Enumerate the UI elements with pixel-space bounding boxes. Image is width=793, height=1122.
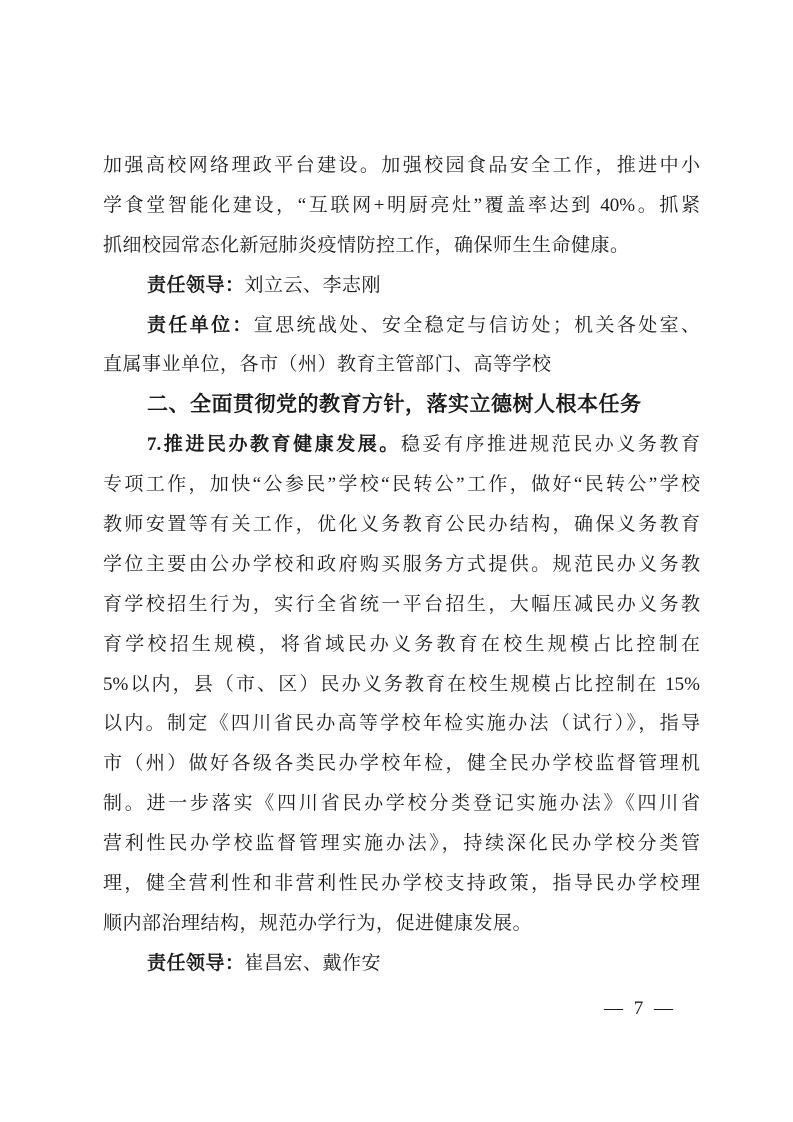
text-line: 营利性民办学校监督管理实施办法》，持续深化民办学校分类管 bbox=[103, 824, 700, 864]
body-text: 加强高校网络理政平台建设。加强校园食品安全工作，推进中小 bbox=[103, 155, 700, 176]
page-number: — 7 — bbox=[604, 997, 676, 1021]
emphasis-text: 责任领导： bbox=[147, 953, 245, 974]
text-line: 责任领导：崔昌宏、戴作安 bbox=[103, 944, 700, 984]
emphasis-text: 7.推进民办教育健康发展。 bbox=[147, 434, 401, 455]
body-text: 学食堂智能化建设，“互联网+明厨亮灶”覆盖率达到 40%。抓紧 bbox=[103, 195, 700, 216]
emphasis-text: 二、全面贯彻党的教育方针，落实立德树人根本任务 bbox=[147, 393, 642, 416]
text-line: 7.推进民办教育健康发展。稳妥有序推进规范民办义务教育 bbox=[103, 425, 700, 465]
body-text: 宣思统战处、安全稳定与信访处；机关各处室、 bbox=[254, 315, 700, 336]
document-body: 加强高校网络理政平台建设。加强校园食品安全工作，推进中小学食堂智能化建设，“互联… bbox=[103, 146, 700, 984]
body-text: 学位主要由公办学校和政府购买服务方式提供。规范民办义务教 bbox=[103, 554, 700, 575]
text-line: 抓细校园常态化新冠肺炎疫情防控工作，确保师生生命健康。 bbox=[103, 226, 700, 266]
text-line: 理，健全营利性和非营利性民办学校支持政策，指导民办学校理 bbox=[103, 864, 700, 904]
text-line: 教师安置等有关工作，优化义务教育公民办结构，确保义务教育 bbox=[103, 505, 700, 545]
section-heading: 二、全面贯彻党的教育方针，落实立德树人根本任务 bbox=[103, 385, 700, 425]
body-text: 崔昌宏、戴作安 bbox=[245, 953, 382, 974]
text-line: 以内。制定《四川省民办高等学校年检实施办法（试行）》，指导 bbox=[103, 704, 700, 744]
body-text: 专项工作，加快“公参民”学校“民转公”工作，做好“民转公”学校 bbox=[103, 474, 700, 495]
body-text: 顺内部治理结构，规范办学行为，促进健康发展。 bbox=[103, 913, 532, 934]
body-text: 以内。制定《四川省民办高等学校年检实施办法（试行）》，指导 bbox=[103, 713, 700, 734]
text-line: 直属事业单位，各市（州）教育主管部门、高等学校 bbox=[103, 345, 700, 385]
body-text: 直属事业单位，各市（州）教育主管部门、高等学校 bbox=[103, 354, 552, 375]
text-line: 5%以内，县（市、区）民办义务教育在校生规模占比控制在 15% bbox=[103, 665, 700, 705]
text-line: 育学校招生行为，实行全省统一平台招生，大幅压减民办义务教 bbox=[103, 585, 700, 625]
text-line: 学食堂智能化建设，“互联网+明厨亮灶”覆盖率达到 40%。抓紧 bbox=[103, 186, 700, 226]
text-line: 责任单位：宣思统战处、安全稳定与信访处；机关各处室、 bbox=[103, 306, 700, 346]
body-text: 稳妥有序推进规范民办义务教育 bbox=[401, 434, 700, 455]
body-text: 制。进一步落实《四川省民办学校分类登记实施办法》《四川省 bbox=[103, 793, 700, 814]
text-line: 加强高校网络理政平台建设。加强校园食品安全工作，推进中小 bbox=[103, 146, 700, 186]
body-text: 营利性民办学校监督管理实施办法》，持续深化民办学校分类管 bbox=[103, 833, 700, 854]
text-line: 专项工作，加快“公参民”学校“民转公”工作，做好“民转公”学校 bbox=[103, 465, 700, 505]
text-line: 责任领导：刘立云、李志刚 bbox=[103, 266, 700, 306]
body-text: 教师安置等有关工作，优化义务教育公民办结构，确保义务教育 bbox=[103, 514, 700, 535]
body-text: 育学校招生行为，实行全省统一平台招生，大幅压减民办义务教 bbox=[103, 594, 700, 615]
body-text: 育学校招生规模，将省域民办义务教育在校生规模占比控制在 bbox=[103, 634, 700, 655]
document-page: 加强高校网络理政平台建设。加强校园食品安全工作，推进中小学食堂智能化建设，“互联… bbox=[0, 0, 793, 1122]
body-text: 市（州）做好各级各类民办学校年检，健全民办学校监督管理机 bbox=[103, 753, 700, 774]
emphasis-text: 责任领导： bbox=[147, 275, 245, 296]
body-text: 理，健全营利性和非营利性民办学校支持政策，指导民办学校理 bbox=[103, 873, 700, 894]
body-text: 刘立云、李志刚 bbox=[245, 275, 382, 296]
text-line: 育学校招生规模，将省域民办义务教育在校生规模占比控制在 bbox=[103, 625, 700, 665]
text-line: 制。进一步落实《四川省民办学校分类登记实施办法》《四川省 bbox=[103, 784, 700, 824]
emphasis-text: 责任单位： bbox=[147, 315, 254, 336]
text-line: 市（州）做好各级各类民办学校年检，健全民办学校监督管理机 bbox=[103, 744, 700, 784]
text-line: 学位主要由公办学校和政府购买服务方式提供。规范民办义务教 bbox=[103, 545, 700, 585]
body-text: 5%以内，县（市、区）民办义务教育在校生规模占比控制在 15% bbox=[103, 674, 700, 695]
body-text: 抓细校园常态化新冠肺炎疫情防控工作，确保师生生命健康。 bbox=[103, 235, 630, 256]
text-line: 顺内部治理结构，规范办学行为，促进健康发展。 bbox=[103, 904, 700, 944]
